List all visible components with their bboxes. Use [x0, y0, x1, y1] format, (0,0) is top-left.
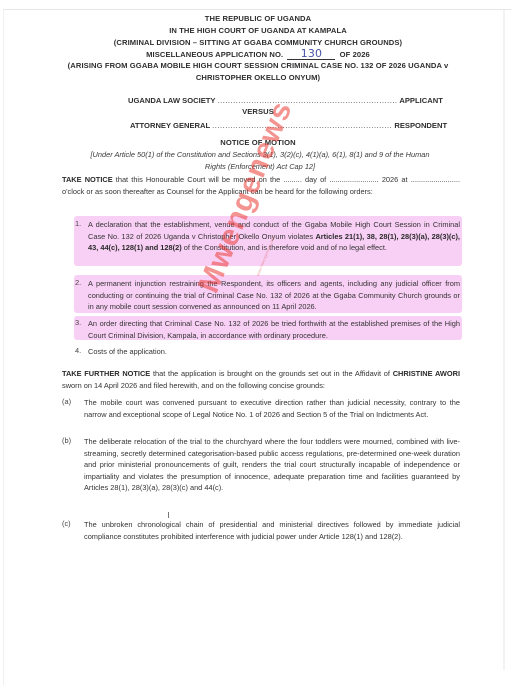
ground-label: (c): [62, 519, 71, 528]
application-suffix: OF 2026: [340, 50, 370, 59]
header-application: MISCELLANEOUS APPLICATION NO. 130 OF 202…: [0, 49, 516, 60]
header-court: IN THE HIGH COURT OF UGANDA AT KAMPALA: [0, 26, 516, 35]
ground-label: (b): [62, 436, 71, 445]
respondent-name: ATTORNEY GENERAL: [130, 121, 210, 130]
order-item: A permanent injunction restraining the R…: [88, 278, 460, 313]
applicant-role: APPLICANT: [399, 96, 442, 105]
order-number: 1.: [75, 219, 81, 228]
header-republic: THE REPUBLIC OF UGANDA: [0, 14, 516, 23]
ground-item: The deliberate relocation of the trial t…: [84, 436, 460, 494]
order-number: 4.: [75, 346, 81, 355]
versus: VERSUS: [0, 107, 516, 116]
applicant-name: UGANDA LAW SOCIETY: [128, 96, 215, 105]
order-item: Costs of the application.: [88, 346, 460, 358]
ground-label: (a): [62, 397, 71, 406]
respondent-role: RESPONDENT: [394, 121, 447, 130]
order-number: 2.: [75, 278, 81, 287]
application-prefix: MISCELLANEOUS APPLICATION NO.: [146, 50, 283, 59]
ground-item: The mobile court was convened pursuant t…: [84, 397, 460, 420]
application-number-handwritten: 130: [301, 47, 322, 60]
application-number-field: 130: [287, 49, 335, 60]
stray-mark: [168, 512, 169, 518]
ground-item: The unbroken chronological chain of pres…: [84, 519, 460, 542]
header-division: (CRIMINAL DIVISION – SITTING AT GGABA CO…: [0, 38, 516, 47]
header-arising-line2: CHRISTOPHER OKELLO ONYUM): [0, 73, 516, 82]
header-arising-line1: (ARISING FROM GGABA MOBILE HIGH COURT SE…: [0, 61, 516, 70]
order-item: An order directing that Criminal Case No…: [88, 318, 460, 341]
further-notice-paragraph: TAKE FURTHER NOTICE that the application…: [62, 368, 460, 391]
order-number: 3.: [75, 318, 81, 327]
